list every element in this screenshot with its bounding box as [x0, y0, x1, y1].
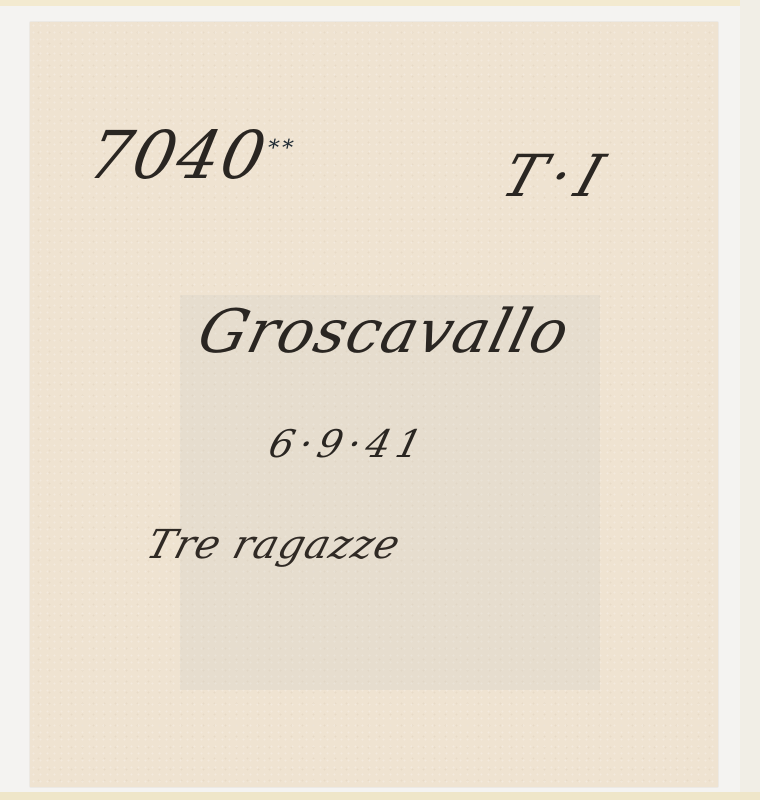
catalog-number-text: 7040: [82, 117, 274, 194]
catalog-stars-marks: **: [265, 136, 298, 161]
subject-title: Tre ragazze: [141, 522, 406, 568]
date: 6·9·41: [265, 422, 433, 466]
archival-label-paper: 7040** T·I Groscavallo 6·9·41 Tre ragazz…: [30, 22, 718, 787]
mount-top-strip: [0, 0, 760, 6]
mount-right-edge: [740, 0, 760, 800]
mount-bottom-strip: [0, 792, 760, 800]
catalog-number: 7040**: [82, 117, 302, 194]
series-code: T·I: [494, 142, 620, 210]
place-name: Groscavallo: [191, 297, 577, 367]
